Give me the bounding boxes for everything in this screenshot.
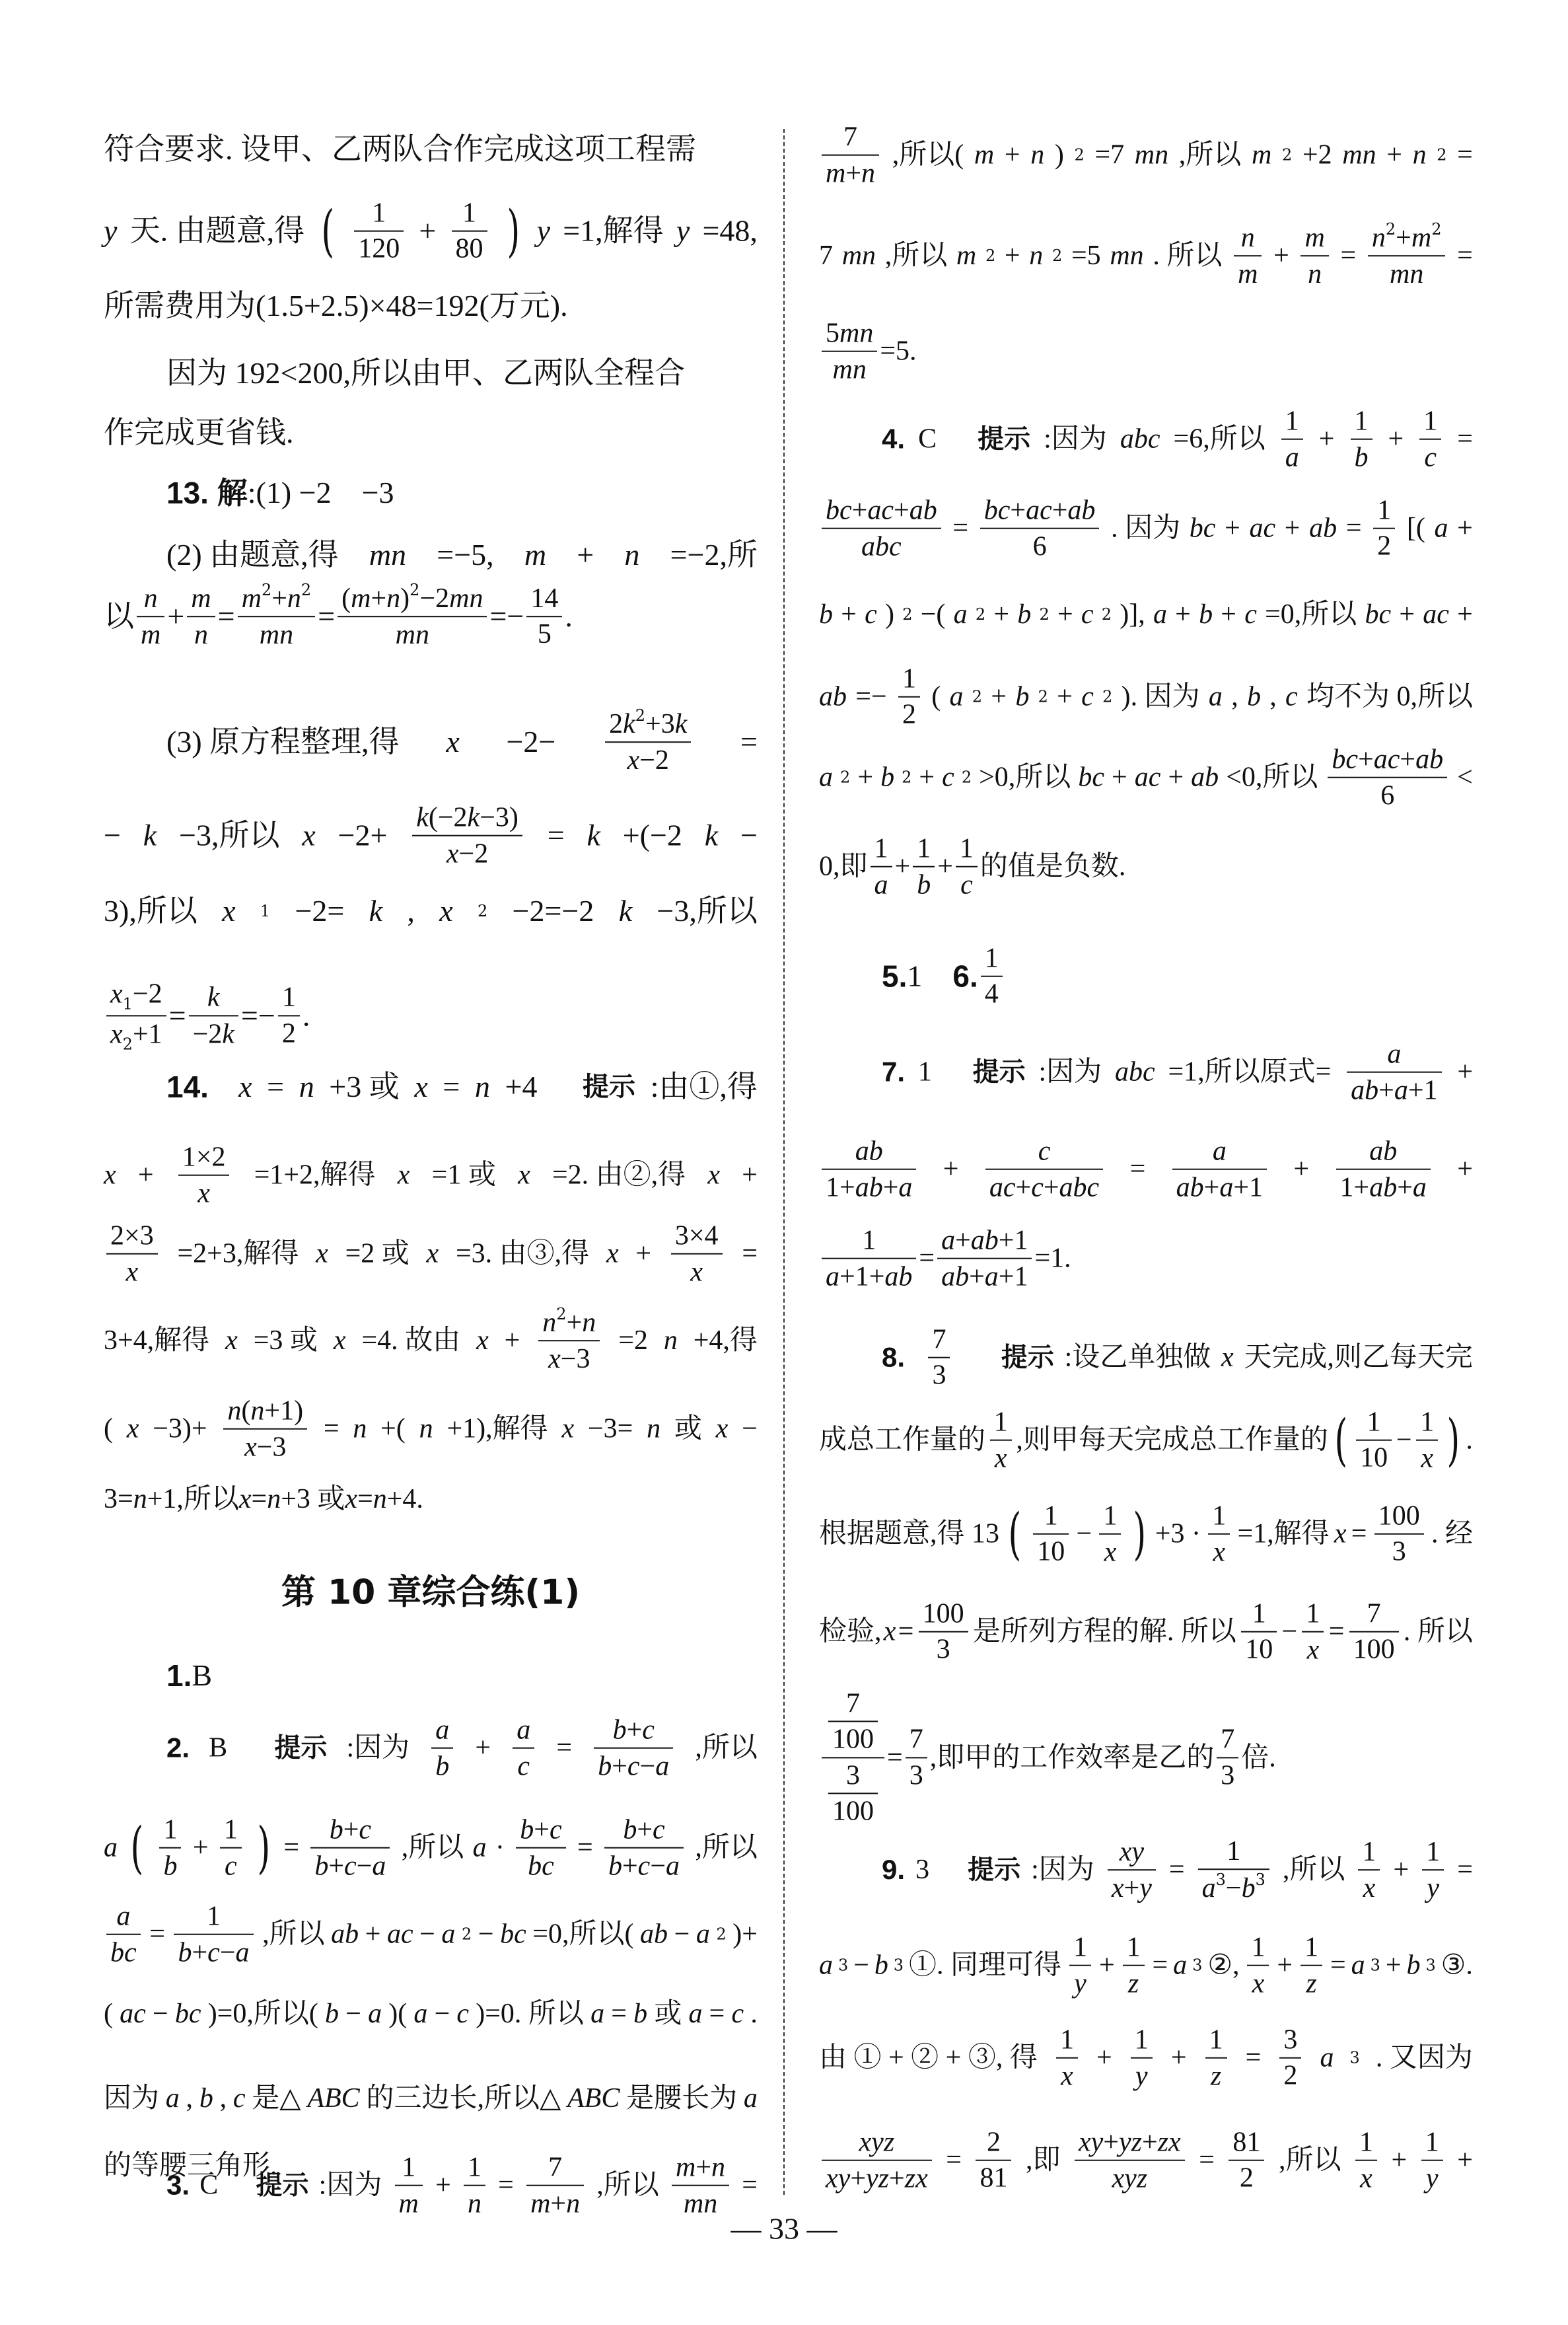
variable: y bbox=[1135, 2061, 1148, 2092]
math-expr: n2+n bbox=[542, 1306, 596, 1339]
text-run: + bbox=[1277, 1952, 1293, 1979]
text-run: + bbox=[1285, 515, 1301, 542]
fraction: 1x bbox=[1247, 1931, 1269, 2001]
variable: ac bbox=[1249, 515, 1275, 542]
denominator: 6 bbox=[1376, 780, 1398, 812]
variable: k bbox=[619, 896, 632, 926]
variable: a bbox=[517, 1715, 530, 1746]
variable: c bbox=[839, 496, 852, 526]
variable: n bbox=[853, 355, 867, 385]
variable: a bbox=[1369, 1136, 1383, 1167]
math-expr: 100 bbox=[832, 1724, 874, 1755]
text-run: . 因为 bbox=[1111, 515, 1180, 542]
fraction: bc+ac+ababc bbox=[822, 494, 941, 564]
numerator: n bbox=[140, 582, 162, 614]
fraction-bar bbox=[137, 616, 164, 617]
variable: z bbox=[1211, 2061, 1221, 2092]
fraction-bar bbox=[1336, 1169, 1431, 1170]
text-run: + bbox=[991, 683, 1007, 711]
variable: n bbox=[133, 1485, 147, 1513]
fraction: 73 bbox=[1217, 1724, 1238, 1792]
symbol: 1 bbox=[960, 834, 974, 864]
text-run: ( bbox=[104, 2000, 113, 2028]
math-expr: 1 bbox=[1073, 1931, 1087, 1964]
math-expr: mn bbox=[1390, 258, 1423, 291]
text-run: = bbox=[1341, 242, 1357, 270]
variable: mn bbox=[369, 540, 406, 570]
numerator: 1 bbox=[990, 1406, 1012, 1438]
symbol: + bbox=[869, 1262, 885, 1292]
math-expr: 7 bbox=[1221, 1724, 1234, 1755]
variable: ac bbox=[120, 2000, 146, 2028]
math-expr: 1 bbox=[282, 982, 296, 1014]
text-run: :因为 bbox=[319, 2172, 382, 2199]
text-run: [( bbox=[1407, 515, 1425, 542]
variable: x bbox=[690, 1257, 703, 1288]
numerator: b+c bbox=[609, 1714, 659, 1746]
numerator: k bbox=[203, 981, 224, 1014]
denominator: −2k bbox=[189, 1017, 238, 1050]
math-expr: 2 bbox=[1283, 2060, 1297, 2092]
symbol: 4 bbox=[705, 1221, 719, 1251]
text-run: +3 · bbox=[1155, 1520, 1201, 1548]
variable: m bbox=[956, 242, 976, 270]
exponent: 2 bbox=[972, 689, 982, 705]
symbol: 2 bbox=[474, 839, 488, 869]
symbol: − bbox=[257, 1432, 273, 1463]
math-expr: ab bbox=[855, 1135, 883, 1167]
fraction-bar bbox=[1208, 1533, 1230, 1535]
text-run: −( bbox=[921, 601, 946, 628]
variable: a bbox=[1387, 1039, 1401, 1070]
symbol: 1 bbox=[1304, 1933, 1318, 1963]
symbol: 1 bbox=[163, 1815, 177, 1845]
line-content: xyzxy+yz+zx=281,即xy+yz+zxxyz=812,所以1x+1y… bbox=[819, 2126, 1473, 2196]
variable: a bbox=[884, 1262, 898, 1292]
variable: x bbox=[1252, 1969, 1265, 1999]
math-expr: 1 bbox=[1367, 1407, 1381, 1438]
text-run: . bbox=[1466, 1426, 1473, 1454]
symbol: 1 bbox=[1127, 1933, 1141, 1963]
variable: a bbox=[1213, 1136, 1227, 1167]
text-run: (3) 原方程整理,得 bbox=[166, 727, 400, 757]
variable: b bbox=[1429, 745, 1443, 775]
math-expr: 120 bbox=[358, 233, 400, 265]
math-expr: m bbox=[191, 582, 211, 614]
line-content: 9. 3 提示:因为xyx+y=1a3−b3,所以1x+1y= bbox=[882, 1835, 1473, 1905]
variable: b bbox=[598, 1752, 612, 1782]
exponent: 3 bbox=[894, 1958, 904, 1974]
symbol: 1 bbox=[1212, 1501, 1226, 1532]
math-expr: 1 bbox=[1252, 1598, 1266, 1630]
math-expr: 7 bbox=[909, 1724, 923, 1755]
variable: m bbox=[839, 318, 859, 349]
variable: m bbox=[676, 2153, 695, 2183]
fraction-bar bbox=[1356, 1440, 1392, 1441]
variable: c bbox=[344, 1851, 357, 1882]
variable: m bbox=[396, 620, 415, 651]
numerator: 3 bbox=[842, 1759, 864, 1791]
text-run: 符合要求. 设甲、乙两队合作完成这项工程需 bbox=[104, 134, 696, 165]
numerator: 1 bbox=[1205, 2024, 1227, 2056]
fraction: (m+n)2−2mnmn bbox=[338, 581, 487, 651]
denominator: b bbox=[159, 1850, 181, 1882]
variable: b bbox=[1355, 443, 1369, 473]
variable: z bbox=[878, 2164, 889, 2194]
denominator: x bbox=[1057, 2060, 1077, 2092]
exponent: 3 bbox=[1425, 1958, 1435, 1974]
text-run: 7 bbox=[819, 242, 833, 270]
symbol: + bbox=[1044, 1173, 1059, 1203]
variable: x bbox=[222, 896, 235, 926]
numerator: m2+n2 bbox=[238, 581, 316, 614]
math-expr: x−2 bbox=[627, 745, 669, 777]
text-run: 天. 由题意,得 bbox=[130, 216, 305, 246]
denominator: c bbox=[1420, 441, 1441, 474]
line-content: a2+b2+c2>0,所以 bc+ac+ab<0,所以bc+ac+ab6< bbox=[819, 743, 1473, 813]
fraction-bar bbox=[1328, 777, 1447, 778]
fraction-bar bbox=[985, 1169, 1103, 1170]
symbol: + bbox=[1103, 2127, 1119, 2158]
variable: a bbox=[941, 1226, 955, 1256]
variable: x bbox=[859, 2127, 872, 2158]
text-run: . 经 bbox=[1431, 1520, 1473, 1548]
fraction: 12 bbox=[278, 982, 300, 1050]
fraction: 1003 bbox=[919, 1598, 968, 1666]
text-run: =3 或 bbox=[254, 1327, 318, 1354]
variable: n bbox=[419, 1415, 433, 1443]
denominator: x−2 bbox=[443, 838, 492, 870]
variable: c bbox=[942, 764, 954, 792]
math-expr: b+c−a bbox=[314, 1850, 386, 1882]
denominator: 3 bbox=[1388, 1536, 1410, 1568]
denominator: abc bbox=[857, 531, 906, 563]
text-run: ,所以 bbox=[262, 1921, 325, 1948]
math-expr: 3 bbox=[932, 1360, 946, 1391]
symbol: + bbox=[999, 1226, 1015, 1256]
symbol: × bbox=[124, 1221, 140, 1251]
symbol: + bbox=[1397, 1173, 1413, 1203]
line-content: 根据题意,得 13(110−1x)+3 · 1x=1,解得 x=1003. 经 bbox=[819, 1500, 1473, 1569]
math-expr: y bbox=[1426, 2162, 1439, 2195]
fraction: mn bbox=[1301, 221, 1328, 291]
numerator: 1 bbox=[1223, 1835, 1244, 1867]
symbol: + bbox=[1010, 496, 1026, 526]
text-run: 以 bbox=[104, 601, 134, 632]
fraction: 14 bbox=[981, 943, 1003, 1011]
line-content: a3−b3①. 同理可得1y+1z=a3②,1x+1z=a3+b3③. bbox=[819, 1931, 1473, 2001]
fraction-bar bbox=[178, 1175, 230, 1176]
text-run: 倍. bbox=[1241, 1744, 1276, 1771]
fraction: 1a3−b3 bbox=[1198, 1835, 1269, 1905]
denominator: bc bbox=[106, 1937, 141, 1969]
fraction: 12 bbox=[1373, 495, 1395, 563]
symbol: + bbox=[889, 2164, 905, 2194]
line-content: ab1+ab+a+cac+c+abc=aab+a+1+ab1+ab+a+ bbox=[819, 1135, 1473, 1204]
fraction-bar bbox=[278, 1015, 300, 1016]
line-content: 7mn,所以 m2+n2=5mn. 所以nm+mn=n2+m2mn= bbox=[819, 221, 1473, 291]
math-expr: bc bbox=[528, 1850, 554, 1882]
text-run: 根据题意,得 13 bbox=[819, 1520, 999, 1548]
denominator: b bbox=[1351, 441, 1372, 474]
variable: x bbox=[345, 1485, 357, 1513]
symbol: + bbox=[1378, 1076, 1394, 1106]
math-expr: 1 bbox=[902, 663, 916, 695]
symbol: + bbox=[1142, 2127, 1158, 2158]
text-run: −3,所以 bbox=[179, 821, 279, 851]
line-content: 成总工作量的1x,则甲每天完成总工作量的(110−1x). bbox=[819, 1406, 1473, 1475]
variable: m bbox=[191, 583, 211, 614]
fraction: 1x bbox=[990, 1406, 1012, 1475]
numerator: xyz bbox=[855, 2126, 899, 2159]
complex-fraction: 71003100 bbox=[822, 1687, 884, 1827]
numerator: 1 bbox=[398, 2151, 419, 2184]
text-run: · bbox=[495, 1834, 505, 1862]
text-run: 3),所以 bbox=[104, 896, 197, 926]
variable: b bbox=[826, 496, 839, 526]
math-expr: z bbox=[1128, 1968, 1139, 2000]
math-expr: 5mn bbox=[826, 317, 873, 350]
fraction: nm bbox=[137, 582, 164, 651]
variable: a bbox=[898, 1173, 912, 1203]
text-run: + bbox=[895, 853, 911, 881]
numerator: 7 bbox=[839, 121, 861, 153]
fraction-bar bbox=[538, 1341, 600, 1342]
variable: k bbox=[369, 896, 382, 926]
text-run: = bbox=[742, 1240, 758, 1268]
text-run: −3= bbox=[588, 1415, 633, 1443]
fraction: b+cbc bbox=[516, 1814, 565, 1883]
text-run: = bbox=[498, 2172, 514, 2199]
math-expr: 10 bbox=[1037, 1536, 1065, 1568]
variable: y bbox=[1074, 1969, 1087, 1999]
variable: y bbox=[1119, 2127, 1131, 2158]
symbol: + bbox=[845, 159, 861, 189]
variable: x bbox=[302, 821, 315, 851]
variable: n bbox=[287, 583, 301, 614]
symbol: + bbox=[1016, 1173, 1032, 1203]
denominator: ac+c+abc bbox=[985, 1171, 1103, 1204]
math-expr: 2 bbox=[282, 1017, 296, 1049]
math-expr: 1 bbox=[1060, 2024, 1074, 2056]
fraction-bar bbox=[1416, 1440, 1438, 1441]
fraction: aab+a+1 bbox=[1172, 1135, 1267, 1204]
variable: b bbox=[1406, 1952, 1420, 1979]
symbol: + bbox=[999, 1262, 1015, 1292]
variable: b bbox=[1190, 1173, 1204, 1203]
denominator: x bbox=[991, 1442, 1011, 1475]
numerator: 7 bbox=[1363, 1598, 1385, 1630]
fraction-bar bbox=[937, 1258, 1032, 1259]
text-run: 天完成,则乙每天完 bbox=[1244, 1344, 1473, 1372]
numerator: 1 bbox=[1099, 1500, 1121, 1532]
text-run: +2 bbox=[1302, 141, 1332, 169]
variable: c bbox=[359, 1815, 371, 1845]
variable: x bbox=[1363, 1873, 1376, 1903]
denominator: x bbox=[194, 1177, 214, 1210]
variable: n bbox=[859, 318, 873, 349]
line-content: 由 ① + ② + ③, 得 1x+1y+1z=32a3. 又因为 bbox=[819, 2024, 1473, 2093]
text-run: >0,所以 bbox=[979, 764, 1071, 792]
variable: c bbox=[642, 1715, 655, 1746]
hint-label: 提示 bbox=[1001, 1345, 1054, 1371]
variable: b bbox=[1199, 601, 1213, 628]
variable: a bbox=[855, 1173, 869, 1203]
variable: a bbox=[1202, 1874, 1216, 1904]
fraction: m+nmn bbox=[672, 2151, 729, 2221]
variable: ab bbox=[819, 683, 847, 711]
symbol: 1 bbox=[1227, 1836, 1240, 1866]
fraction-bar bbox=[1123, 1965, 1145, 1966]
variable: c bbox=[1087, 1173, 1100, 1203]
denominator: 6 bbox=[1029, 531, 1051, 563]
fraction: 1y bbox=[1422, 1835, 1444, 1905]
line-content: ab=−12(a2+b2+c2). 因为 a,b,c 均不为 0,所以 bbox=[819, 663, 1473, 731]
math-expr: 1 bbox=[1355, 405, 1369, 437]
text-run: =− bbox=[489, 601, 524, 632]
variable: a bbox=[236, 1938, 250, 1968]
denominator: 100 bbox=[828, 1795, 878, 1827]
text-run: + bbox=[857, 764, 873, 792]
exponent: 2 bbox=[1102, 689, 1112, 705]
math-expr: n bbox=[144, 582, 158, 614]
denominator: x bbox=[1248, 1968, 1269, 2000]
line-content: 2. B 提示:因为 ab+ac=b+cb+c−a,所以 bbox=[166, 1714, 758, 1783]
numerator: k(−2k−3) bbox=[412, 801, 522, 834]
numerator: 7100 bbox=[822, 1687, 884, 1755]
text-run: =2 或 bbox=[345, 1240, 410, 1268]
fraction-bar bbox=[919, 1631, 968, 1633]
variable: x bbox=[414, 1072, 427, 1102]
symbol: + bbox=[894, 496, 909, 526]
numerator: 1 bbox=[1416, 1406, 1438, 1438]
text-run: =2 bbox=[618, 1327, 648, 1354]
variable: x bbox=[334, 1327, 346, 1354]
fraction: abc bbox=[106, 1900, 141, 1970]
fraction-bar bbox=[822, 1258, 916, 1259]
math-expr: 1 bbox=[917, 832, 931, 865]
text-run: −3,所以 bbox=[657, 896, 757, 926]
symbol: + bbox=[839, 1262, 855, 1292]
symbol: 6 bbox=[1380, 781, 1394, 811]
symbol: 1 bbox=[182, 1142, 196, 1173]
variable: x bbox=[1112, 2164, 1125, 2194]
fraction-bar bbox=[671, 1253, 723, 1255]
denominator: x bbox=[1209, 1536, 1229, 1568]
text-run: +4. bbox=[387, 1485, 423, 1513]
fraction: 110 bbox=[1356, 1407, 1392, 1475]
fraction-bar bbox=[1247, 1965, 1269, 1966]
denominator: b+c−a bbox=[174, 1937, 253, 1969]
numerator: 1 bbox=[464, 2151, 485, 2184]
line-content: 0,即1a+1b+1c的值是负数. bbox=[819, 832, 1125, 902]
line-content: 7. 1 提示:因为 abc=1,所以原式=aab+a+1+ bbox=[882, 1038, 1473, 1107]
variable: m bbox=[974, 141, 994, 169]
text-run: 或 bbox=[674, 1415, 702, 1443]
symbol: 1 bbox=[1420, 1407, 1434, 1438]
numerator: a bbox=[431, 1714, 453, 1746]
exponent: 2 bbox=[123, 1035, 133, 1053]
symbol: + bbox=[1408, 1076, 1424, 1106]
variable: m bbox=[833, 355, 853, 385]
variable: b bbox=[1247, 683, 1261, 711]
math-expr: 1 bbox=[1209, 2024, 1223, 2056]
text-run: + bbox=[1457, 1058, 1473, 1086]
variable: a bbox=[826, 1262, 839, 1292]
fraction: 3100 bbox=[828, 1759, 878, 1827]
denominator: ab+a+1 bbox=[1172, 1171, 1267, 1204]
symbol: 1 bbox=[280, 1396, 294, 1426]
text-run: )+ bbox=[732, 1921, 758, 1948]
fraction: 1x bbox=[1208, 1500, 1230, 1569]
math-expr: 3 bbox=[846, 1759, 860, 1791]
fraction: 1x bbox=[1056, 2024, 1078, 2093]
fraction-bar bbox=[1108, 1869, 1156, 1870]
text-run: = bbox=[952, 515, 968, 542]
line-content: (3) 原方程整理,得 x−2−2k2+3kx−2= bbox=[166, 707, 758, 777]
variable: n bbox=[1029, 242, 1043, 270]
text-run: =3. 由③,得 bbox=[456, 1240, 589, 1268]
fraction: 7100 bbox=[828, 1687, 878, 1755]
math-expr: 1 bbox=[1285, 405, 1299, 437]
text-run: + bbox=[841, 601, 857, 628]
numerator: 1 bbox=[1123, 1931, 1145, 1964]
denominator: 4 bbox=[981, 978, 1003, 1010]
math-expr: 7 bbox=[932, 1324, 946, 1356]
symbol: + bbox=[645, 709, 661, 739]
text-run: ,所以 bbox=[402, 1834, 464, 1862]
text-run: =−2,所 bbox=[670, 540, 758, 570]
section-heading: 第 10 章综合练(1) bbox=[104, 1565, 758, 1614]
exponent: 2 bbox=[976, 607, 985, 622]
math-expr: a bbox=[874, 869, 888, 901]
variable: y bbox=[1139, 1873, 1152, 1903]
numerator: 1 bbox=[858, 1224, 880, 1257]
fraction: 1b bbox=[159, 1814, 181, 1883]
text-run: =2. 由②,得 bbox=[552, 1162, 686, 1189]
symbol: 2 bbox=[211, 1142, 225, 1173]
fraction-bar bbox=[464, 2185, 485, 2186]
numerator: 100 bbox=[919, 1598, 968, 1630]
symbol: 1 bbox=[1060, 2025, 1074, 2055]
math-expr: mn bbox=[260, 619, 293, 651]
fraction: 180 bbox=[452, 198, 487, 266]
numerator: 5mn bbox=[822, 317, 877, 350]
math-expr: b+c bbox=[623, 1814, 664, 1846]
fraction: 1z bbox=[1123, 1931, 1145, 2001]
variable: ABC bbox=[567, 2085, 620, 2112]
variable: x bbox=[239, 1485, 252, 1513]
text-run: C bbox=[918, 425, 964, 453]
symbol: − bbox=[1226, 1874, 1242, 1904]
fraction-bar bbox=[672, 2185, 729, 2186]
text-run: 3 bbox=[915, 1856, 957, 1884]
fraction-bar bbox=[1279, 2057, 1301, 2059]
variable: a bbox=[655, 1752, 669, 1782]
text-run: −2=−2 bbox=[513, 896, 594, 926]
line-content: 1a+1+ab=a+ab+1ab+a+1=1. bbox=[819, 1224, 1071, 1294]
variable: z bbox=[1131, 2127, 1142, 2158]
exponent: 2 bbox=[262, 581, 271, 599]
fraction: 1a bbox=[871, 832, 892, 902]
math-expr: x−3 bbox=[244, 1431, 286, 1463]
text-run: + bbox=[993, 601, 1009, 628]
hint-label: 提示 bbox=[256, 2172, 308, 2199]
text-run: ,所以 bbox=[596, 2172, 659, 2199]
denominator: a bbox=[871, 869, 892, 901]
variable: c bbox=[517, 1752, 530, 1782]
symbol: + bbox=[627, 1715, 643, 1746]
